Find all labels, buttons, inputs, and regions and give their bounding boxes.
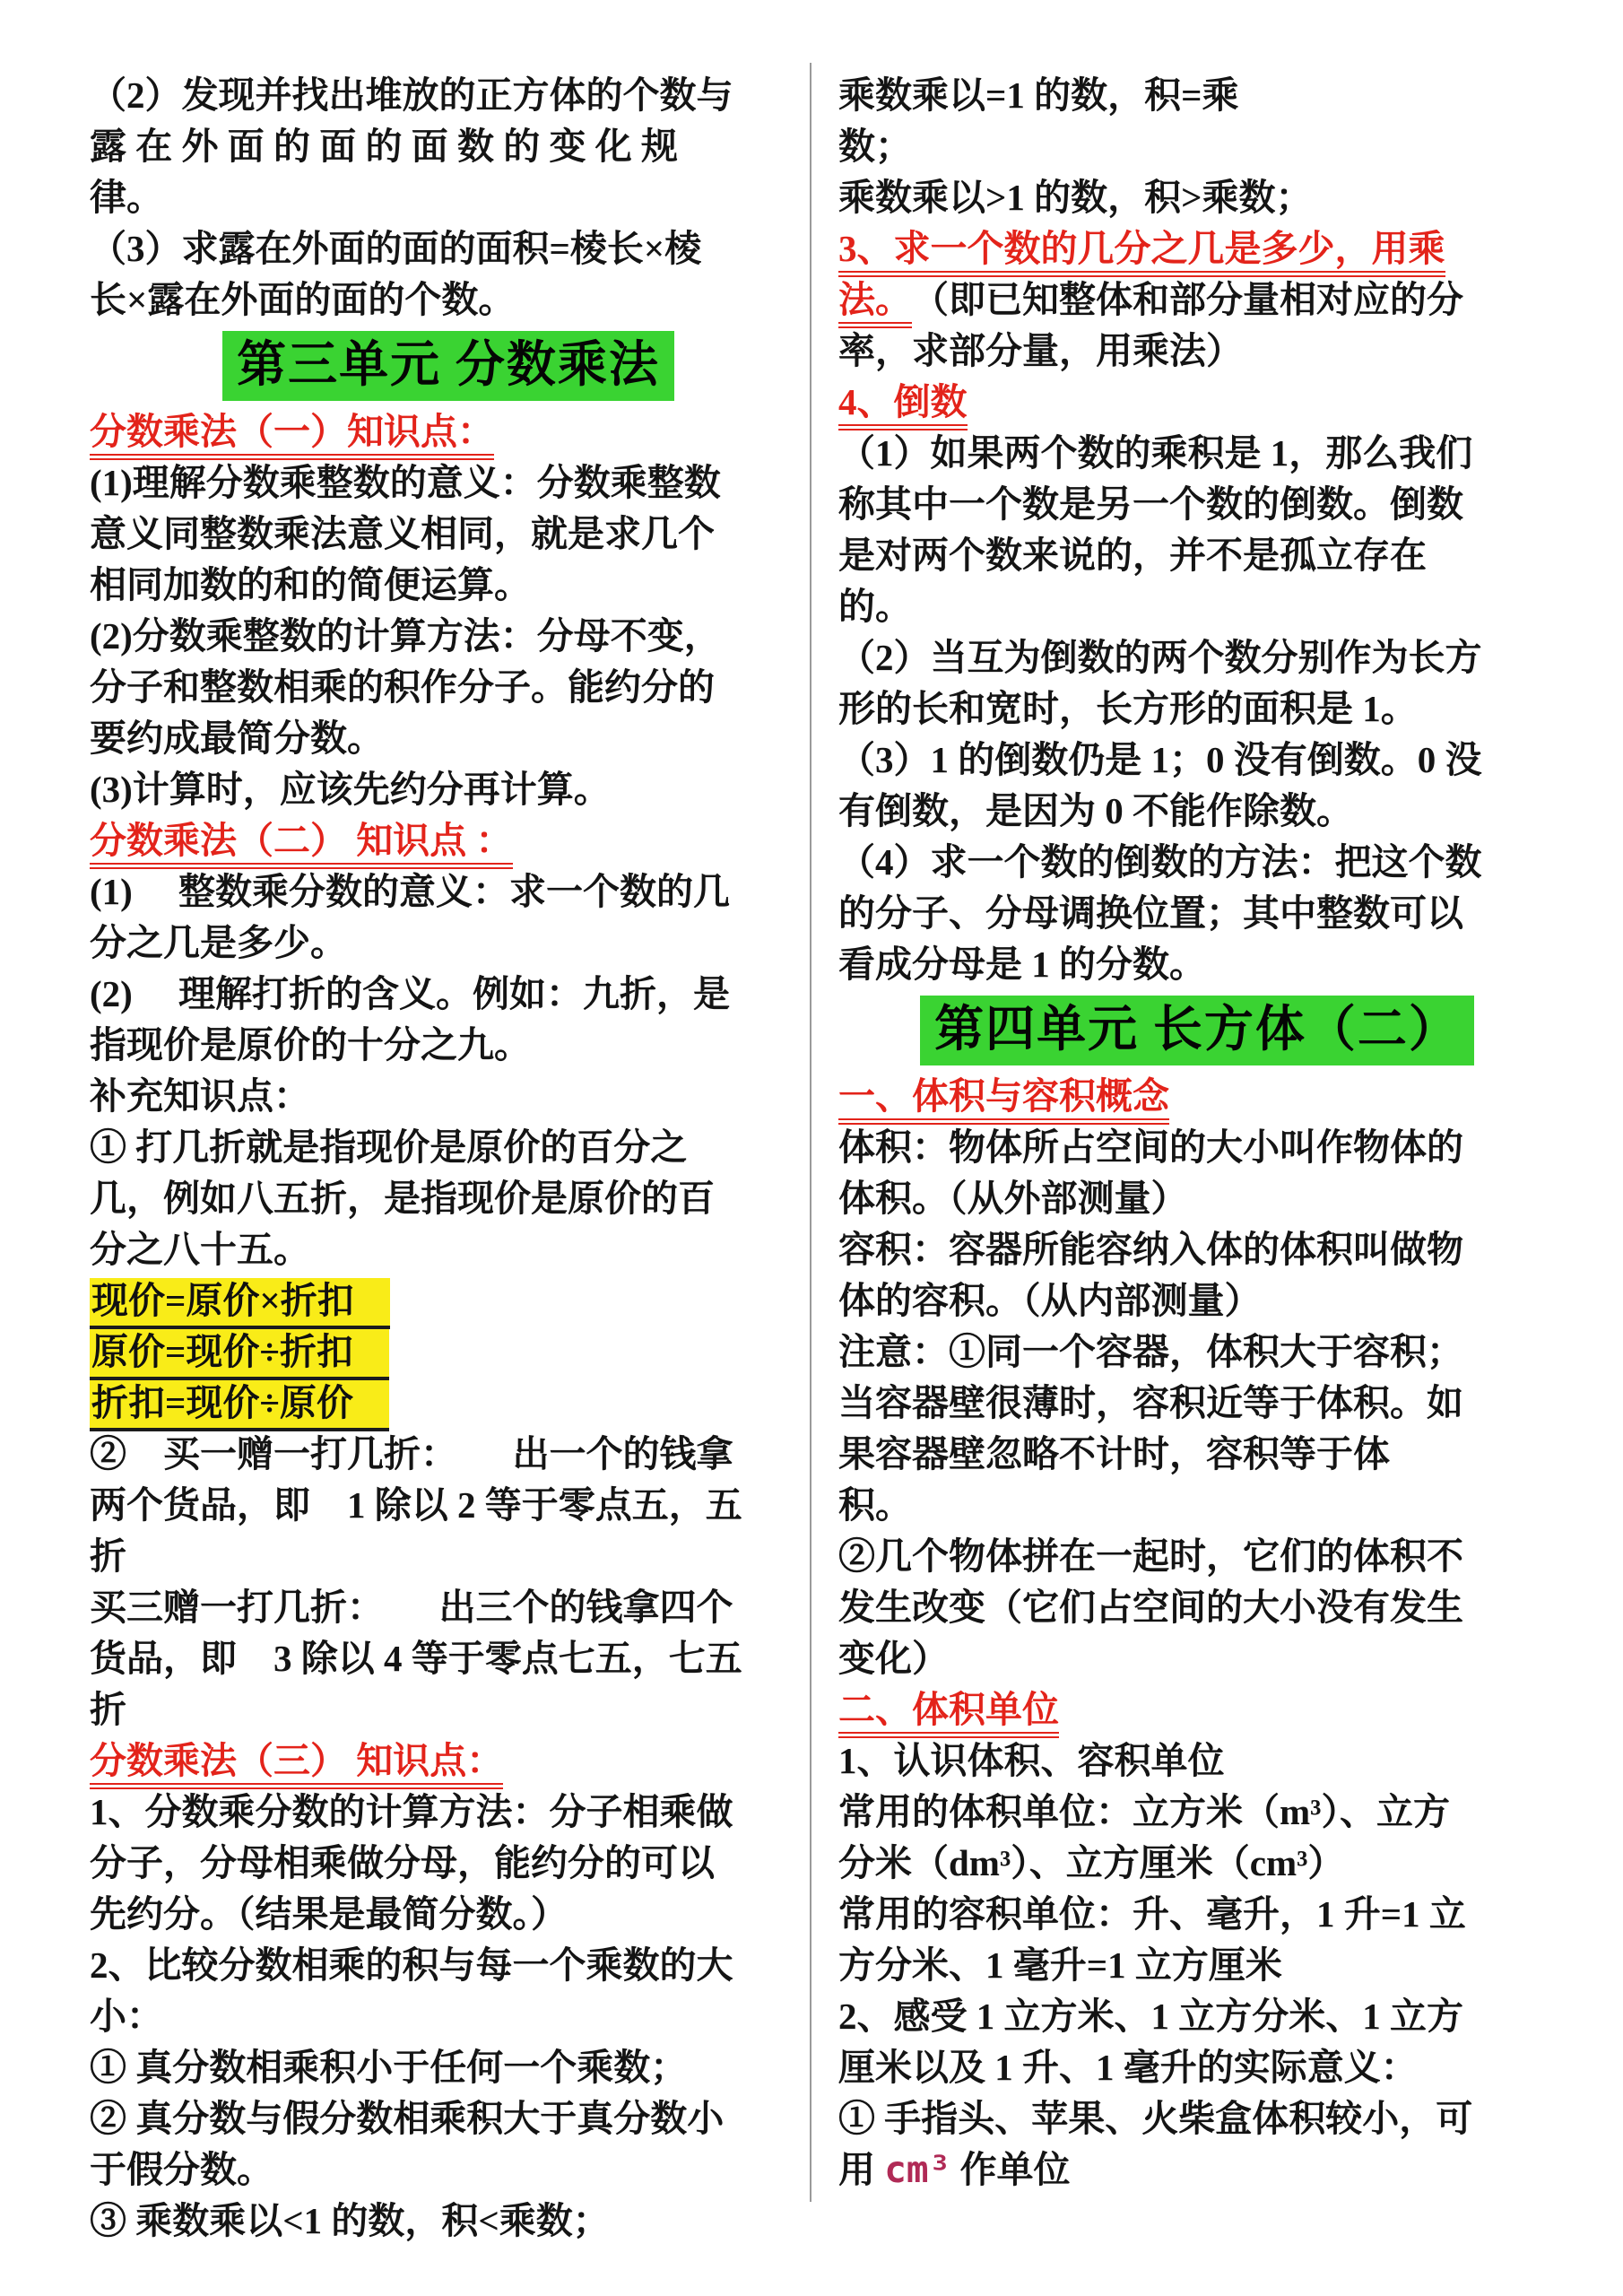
text-line: 容积：容器所能容纳入体的体积叫做物 (838, 1224, 1556, 1275)
body-text: 作单位 (950, 2149, 1070, 2190)
red-heading-text: 分数乘法（二） 知识点 ： (90, 820, 513, 869)
body-text: (3)计算时，应该先约分再计算。 (90, 769, 611, 810)
body-text: 分米（dm³）、立方厘米（cm³） (838, 1842, 1344, 1883)
red-heading-text: 二、体积单位 (838, 1689, 1059, 1738)
notes-page: （2）发现并找出堆放的正方体的个数与露 在 外 面 的 面 的 面 数 的 变 … (0, 0, 1623, 2296)
highlighted-formula: 折扣=现价÷原价 (90, 1380, 389, 1431)
text-line: 的分子、分母调换位置；其中整数可以 (838, 888, 1556, 939)
text-line: 乘数乘以>1 的数，积>乘数； (838, 172, 1556, 223)
body-text: 注意：①同一个容器，体积大于容积； (838, 1331, 1463, 1372)
text-line: 分子，分母相乘做分母，能约分的可以 (90, 1838, 807, 1889)
text-line: ① 真分数相乘积小于任何一个乘数； (90, 2042, 807, 2093)
body-text: 露 在 外 面 的 面 的 面 数 的 变 化 规 (90, 126, 678, 167)
section-heading: 二、体积单位 (838, 1684, 1556, 1735)
body-text: 看成分母是 1 的分数。 (838, 944, 1206, 985)
text-line: 分之八十五。 (90, 1224, 807, 1275)
body-text: ① 手指头、苹果、火柴盒体积较小，可 (838, 2098, 1472, 2139)
body-text: 变化） (838, 1638, 949, 1679)
body-text: 分子和整数相乘的积作分子。能约分的 (90, 666, 715, 708)
body-text: 形的长和宽时，长方形的面积是 1。 (838, 688, 1418, 729)
text-line: 分子和整数相乘的积作分子。能约分的 (90, 662, 807, 713)
body-text: （3）1 的倒数仍是 1；0 没有倒数。0 没 (838, 739, 1482, 780)
text-line: 称其中一个数是另一个数的倒数。倒数 (838, 479, 1556, 530)
body-text: 意义同整数乘法意义相同，就是求几个 (90, 513, 715, 554)
unit-cm3-label: cm³ (884, 2148, 950, 2191)
body-text: (1)理解分数乘整数的意义：分数乘整数 (90, 462, 721, 503)
body-text: （4）求一个数的倒数的方法：把这个数 (838, 841, 1482, 883)
body-text: (2)分数乘整数的计算方法：分母不变， (90, 615, 721, 657)
body-text: 果容器壁忽略不计时，容积等于体 (838, 1433, 1390, 1474)
body-text: 分之八十五。 (90, 1229, 310, 1270)
text-line: 当容器壁很薄时，容积近等于体积。如 (838, 1378, 1556, 1429)
body-text: （3）求露在外面的面的面积=棱长×棱 (90, 228, 701, 269)
unit-heading: 第四单元 长方体（二） (838, 990, 1556, 1071)
text-line: 2、感受 1 立方米、1 立方分米、1 立方 (838, 1991, 1556, 2042)
text-line: 率，求部分量，用乘法） (838, 326, 1556, 377)
body-text: 小： (90, 1996, 163, 2037)
left-column: （2）发现并找出堆放的正方体的个数与露 在 外 面 的 面 的 面 数 的 变 … (90, 70, 807, 2247)
text-line: 律。 (90, 172, 807, 223)
red-heading-text: 一、体积与容积概念 (838, 1075, 1169, 1125)
body-text: 分子，分母相乘做分母，能约分的可以 (90, 1842, 715, 1883)
body-text: （2）发现并找出堆放的正方体的个数与 (90, 74, 733, 116)
column-divider (810, 63, 811, 2202)
body-text: ③ 乘数乘以<1 的数，积<乘数； (90, 2200, 610, 2241)
text-line: ② 真分数与假分数相乘积大于真分数小 (90, 2093, 807, 2144)
text-line: 于假分数。 (90, 2144, 807, 2196)
text-line: （4）求一个数的倒数的方法：把这个数 (838, 837, 1556, 888)
text-line: (2) 理解打折的含义。例如：九折，是 (90, 969, 807, 1020)
formula-line: 现价=原价×折扣 (90, 1275, 807, 1326)
text-line: 看成分母是 1 的分数。 (838, 939, 1556, 990)
body-text: 体积。（从外部测量） (838, 1178, 1188, 1219)
body-text: 两个货品，即 1 除以 2 等于零点五，五 (90, 1484, 742, 1526)
body-text: 要约成最简分数。 (90, 717, 384, 759)
text-line: 发生改变（它们占空间的大小没有发生 (838, 1582, 1556, 1633)
body-text: 发生改变（它们占空间的大小没有发生 (838, 1587, 1463, 1628)
text-line: (2)分数乘整数的计算方法：分母不变， (90, 611, 807, 662)
body-text: ② 真分数与假分数相乘积大于真分数小 (90, 2098, 724, 2139)
body-text: 货品，即 3 除以 4 等于零点七五，七五 (90, 1638, 742, 1679)
text-line: 形的长和宽时，长方形的面积是 1。 (838, 683, 1556, 735)
body-text: (2) 理解打折的含义。例如：九折，是 (90, 973, 730, 1014)
text-line: 先约分。（结果是最简分数。） (90, 1889, 807, 1940)
text-line: 常用的体积单位：立方米（m³）、立方 (838, 1787, 1556, 1838)
text-line: 数； (838, 121, 1556, 172)
section-heading: 分数乘法（三） 知识点： (90, 1735, 807, 1787)
unit-heading-text: 第四单元 长方体（二） (920, 996, 1474, 1065)
section-heading: 分数乘法（二） 知识点 ： (90, 815, 807, 866)
body-text: 2、感受 1 立方米、1 立方分米、1 立方 (838, 1996, 1463, 2037)
body-text: 常用的容积单位：升、毫升，1 升=1 立 (838, 1893, 1466, 1935)
text-line: 1、认识体积、容积单位 (838, 1735, 1556, 1787)
body-text: 指现价是原价的十分之九。 (90, 1024, 531, 1065)
body-text: （1）如果两个数的乘积是 1，那么我们 (838, 432, 1472, 474)
text-line: （2）发现并找出堆放的正方体的个数与 (90, 70, 807, 121)
text-line: 折 (90, 1684, 807, 1735)
body-text: 厘米以及 1 升、1 毫升的实际意义： (838, 2047, 1418, 2088)
body-text: 乘数乘以=1 的数，积=乘 (838, 74, 1238, 116)
body-text: 体积：物体所占空间的大小叫作物体的 (838, 1126, 1463, 1168)
red-heading-text: 分数乘法（三） 知识点： (90, 1740, 503, 1789)
red-heading-text: 4、倒数 (838, 381, 968, 430)
text-line: 用 cm³ 作单位 (838, 2144, 1556, 2196)
body-text: 数； (838, 126, 912, 167)
body-text: 分之几是多少。 (90, 922, 347, 963)
right-column: 乘数乘以=1 的数，积=乘数；乘数乘以>1 的数，积>乘数；3、求一个数的几分之… (838, 70, 1556, 2196)
text-line: 相同加数的和的简便运算。 (90, 560, 807, 611)
body-text: 几，例如八五折，是指现价是原价的百 (90, 1178, 715, 1219)
body-text: 的。 (838, 586, 912, 627)
body-text: 常用的体积单位：立方米（m³）、立方 (838, 1791, 1450, 1832)
text-line: 露 在 外 面 的 面 的 面 数 的 变 化 规 (90, 121, 807, 172)
body-text: 体的容积。（从内部测量） (838, 1280, 1262, 1321)
body-text: 的分子、分母调换位置；其中整数可以 (838, 892, 1463, 934)
body-text: 1、认识体积、容积单位 (838, 1740, 1225, 1781)
formula-line: 折扣=现价÷原价 (90, 1378, 807, 1429)
body-text: 长×露在外面的面的个数。 (90, 279, 515, 320)
body-text: 补充知识点： (90, 1075, 310, 1117)
text-line: 方分米、1 毫升=1 立方厘米 (838, 1940, 1556, 1991)
text-line: (3)计算时，应该先约分再计算。 (90, 764, 807, 815)
body-text: 称其中一个数是另一个数的倒数。倒数 (838, 483, 1463, 525)
text-line: 货品，即 3 除以 4 等于零点七五，七五 (90, 1633, 807, 1684)
text-line: 要约成最简分数。 (90, 713, 807, 764)
body-text: 容积：容器所能容纳入体的体积叫做物 (838, 1229, 1463, 1270)
text-line: 变化） (838, 1633, 1556, 1684)
highlighted-formula: 原价=现价÷折扣 (90, 1329, 389, 1380)
text-line: ① 手指头、苹果、火柴盒体积较小，可 (838, 2093, 1556, 2144)
text-line: ① 打几折就是指现价是原价的百分之 (90, 1122, 807, 1173)
body-text: 当容器壁很薄时，容积近等于体积。如 (838, 1382, 1463, 1423)
text-line: 小： (90, 1991, 807, 2042)
text-line: 分之几是多少。 (90, 918, 807, 969)
body-text: 2、比较分数相乘的积与每一个乘数的大 (90, 1944, 733, 1986)
text-line: 法。（即已知整体和部分量相对应的分 (838, 274, 1556, 326)
text-line: （1）如果两个数的乘积是 1，那么我们 (838, 428, 1556, 479)
body-text: 买三赠一打几折： 出三个的钱拿四个 (90, 1587, 733, 1628)
text-line: ③ 乘数乘以<1 的数，积<乘数； (90, 2196, 807, 2247)
text-line: （3）1 的倒数仍是 1；0 没有倒数。0 没 (838, 735, 1556, 786)
body-text: ②几个物体拼在一起时，它们的体积不 (838, 1535, 1463, 1577)
body-text: 有倒数，是因为 0 不能作除数。 (838, 790, 1353, 831)
text-line: 补充知识点： (90, 1071, 807, 1122)
text-line: 2、比较分数相乘的积与每一个乘数的大 (90, 1940, 807, 1991)
text-line: 折 (90, 1531, 807, 1582)
body-text: (1) 整数乘分数的意义：求一个数的几 (90, 871, 730, 912)
text-line: （3）求露在外面的面的面积=棱长×棱 (90, 223, 807, 274)
unit-heading-text: 第三单元 分数乘法 (222, 331, 674, 401)
body-text: 折 (90, 1689, 126, 1730)
red-heading-text: 3、求一个数的几分之几是多少，用乘 (838, 228, 1445, 277)
red-heading-text: 法。 (838, 279, 912, 328)
body-text: 乘数乘以>1 的数，积>乘数； (838, 177, 1312, 218)
formula-line: 原价=现价÷折扣 (90, 1326, 807, 1378)
text-line: 有倒数，是因为 0 不能作除数。 (838, 786, 1556, 837)
body-text: ② 买一赠一打几折： 出一个的钱拿 (90, 1433, 733, 1474)
text-line: 厘米以及 1 升、1 毫升的实际意义： (838, 2042, 1556, 2093)
text-line: （2）当互为倒数的两个数分别作为长方 (838, 632, 1556, 683)
section-heading: 3、求一个数的几分之几是多少，用乘 (838, 223, 1556, 274)
section-heading: 分数乘法（一）知识点： (90, 406, 807, 457)
body-text: 相同加数的和的简便运算。 (90, 564, 531, 605)
text-line: 两个货品，即 1 除以 2 等于零点五，五 (90, 1480, 807, 1531)
section-heading: 一、体积与容积概念 (838, 1071, 1556, 1122)
section-heading: 4、倒数 (838, 377, 1556, 428)
text-line: 指现价是原价的十分之九。 (90, 1020, 807, 1071)
body-text: （即已知整体和部分量相对应的分 (912, 279, 1463, 320)
text-line: 买三赠一打几折： 出三个的钱拿四个 (90, 1582, 807, 1633)
body-text: 于假分数。 (90, 2149, 273, 2190)
text-line: 1、分数乘分数的计算方法：分子相乘做 (90, 1787, 807, 1838)
unit-heading: 第三单元 分数乘法 (90, 326, 807, 406)
body-text: 积。 (838, 1484, 912, 1526)
body-text: 律。 (90, 177, 163, 218)
text-line: (1) 整数乘分数的意义：求一个数的几 (90, 866, 807, 918)
text-line: 长×露在外面的面的个数。 (90, 274, 807, 326)
body-text: 方分米、1 毫升=1 立方厘米 (838, 1944, 1282, 1986)
body-text: 是对两个数来说的，并不是孤立存在 (838, 535, 1427, 576)
text-line: 是对两个数来说的，并不是孤立存在 (838, 530, 1556, 581)
red-heading-text: 分数乘法（一）知识点： (90, 411, 494, 460)
body-text: 折 (90, 1535, 126, 1577)
text-line: 的。 (838, 581, 1556, 632)
text-line: (1)理解分数乘整数的意义：分数乘整数 (90, 457, 807, 509)
text-line: ② 买一赠一打几折： 出一个的钱拿 (90, 1429, 807, 1480)
text-line: 注意：①同一个容器，体积大于容积； (838, 1326, 1556, 1378)
body-text: 用 (838, 2149, 884, 2190)
text-line: 意义同整数乘法意义相同，就是求几个 (90, 509, 807, 560)
body-text: 先约分。（结果是最简分数。） (90, 1893, 568, 1935)
text-line: 果容器壁忽略不计时，容积等于体 (838, 1429, 1556, 1480)
text-line: 几，例如八五折，是指现价是原价的百 (90, 1173, 807, 1224)
highlighted-formula: 现价=原价×折扣 (90, 1278, 390, 1329)
body-text: ① 打几折就是指现价是原价的百分之 (90, 1126, 687, 1168)
text-line: 体的容积。（从内部测量） (838, 1275, 1556, 1326)
text-line: ②几个物体拼在一起时，它们的体积不 (838, 1531, 1556, 1582)
body-text: ① 真分数相乘积小于任何一个乘数； (90, 2047, 687, 2088)
text-line: 积。 (838, 1480, 1556, 1531)
text-line: 体积。（从外部测量） (838, 1173, 1556, 1224)
text-line: 乘数乘以=1 的数，积=乘 (838, 70, 1556, 121)
text-line: 体积：物体所占空间的大小叫作物体的 (838, 1122, 1556, 1173)
body-text: 率，求部分量，用乘法） (838, 330, 1243, 371)
text-line: 分米（dm³）、立方厘米（cm³） (838, 1838, 1556, 1889)
text-line: 常用的容积单位：升、毫升，1 升=1 立 (838, 1889, 1556, 1940)
body-text: （2）当互为倒数的两个数分别作为长方 (838, 637, 1482, 678)
body-text: 1、分数乘分数的计算方法：分子相乘做 (90, 1791, 733, 1832)
